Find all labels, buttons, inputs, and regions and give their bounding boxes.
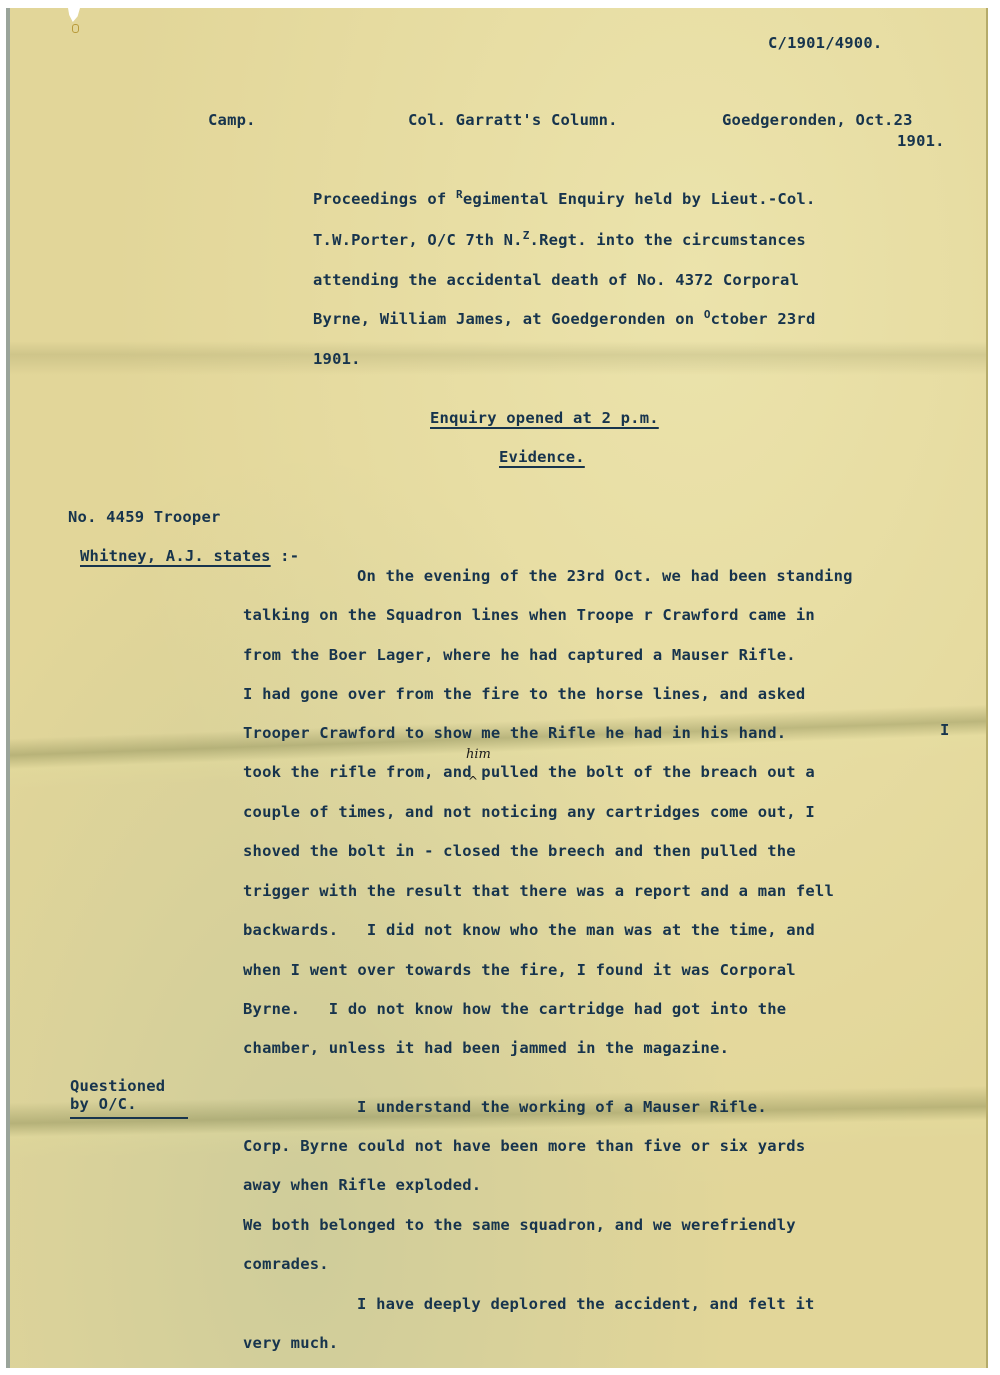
statement-line: took the rifle from, and pulled the bolt… xyxy=(243,765,815,781)
answer-line: Corp. Byrne could not have been more tha… xyxy=(243,1139,805,1155)
header-location: Camp. xyxy=(208,113,256,129)
preamble-line-1: Proceedings of Regimental Enquiry held b… xyxy=(313,192,816,208)
statement-line: Byrne. I do not know how the cartridge h… xyxy=(243,1002,786,1018)
handwritten-insertion: him xyxy=(466,748,491,761)
statement-line: Trooper Crawford to show me the Rifle he… xyxy=(243,726,786,742)
answer-line: I have deeply deplored the accident, and… xyxy=(357,1297,815,1313)
answer-line: comrades. xyxy=(243,1257,329,1273)
questioned-label-line-2: by O/C. xyxy=(70,1097,137,1113)
answer-line: We both belonged to the same squadron, a… xyxy=(243,1218,796,1234)
statement-line: shoved the bolt in - closed the breech a… xyxy=(243,844,796,860)
answer-line: I understand the working of a Mauser Rif… xyxy=(357,1100,767,1116)
preamble-line-3: attending the accidental death of No. 43… xyxy=(313,273,799,289)
answer-line: away when Rifle exploded. xyxy=(243,1178,481,1194)
statement-line: when I went over towards the fire, I fou… xyxy=(243,963,796,979)
preamble-line-5: 1901. xyxy=(313,352,361,368)
answer-line: very much. xyxy=(243,1336,338,1352)
header-year: 1901. xyxy=(897,134,945,150)
witness-name: Whitney, A.J. states :- xyxy=(80,549,299,565)
statement-line: backwards. I did not know who the man wa… xyxy=(243,923,815,939)
statement-line: talking on the Squadron lines when Troop… xyxy=(243,608,815,624)
enquiry-opened-heading: Enquiry opened at 2 p.m. xyxy=(430,411,659,427)
statement-line: I had gone over from the fire to the hor… xyxy=(243,687,805,703)
header-place-date: Goedgeronden, Oct.23 xyxy=(722,113,913,129)
questioned-underline xyxy=(70,1117,188,1119)
preamble-line-4: Byrne, William James, at Goedgeronden on… xyxy=(313,312,816,328)
preamble-line-2: T.W.Porter, O/C 7th N.Z.Regt. into the c… xyxy=(313,233,806,249)
statement-line: from the Boer Lager, where he had captur… xyxy=(243,648,796,664)
insertion-caret: ^ xyxy=(468,774,478,788)
questioned-label-line-1: Questioned xyxy=(70,1079,165,1095)
evidence-heading: Evidence. xyxy=(499,450,585,466)
statement-line: trigger with the result that there was a… xyxy=(243,884,834,900)
reference-number: C/1901/4900. xyxy=(768,36,882,52)
header-column: Col. Garratt's Column. xyxy=(408,113,618,129)
staple-mark xyxy=(72,24,79,33)
statement-line-margin-i: I xyxy=(940,723,950,739)
statement-line: chamber, unless it had been jammed in th… xyxy=(243,1041,729,1057)
statement-line: couple of times, and not noticing any ca… xyxy=(243,805,815,821)
statement-line: On the evening of the 23rd Oct. we had b… xyxy=(357,569,853,585)
witness-number-rank: No. 4459 Trooper xyxy=(68,510,221,526)
